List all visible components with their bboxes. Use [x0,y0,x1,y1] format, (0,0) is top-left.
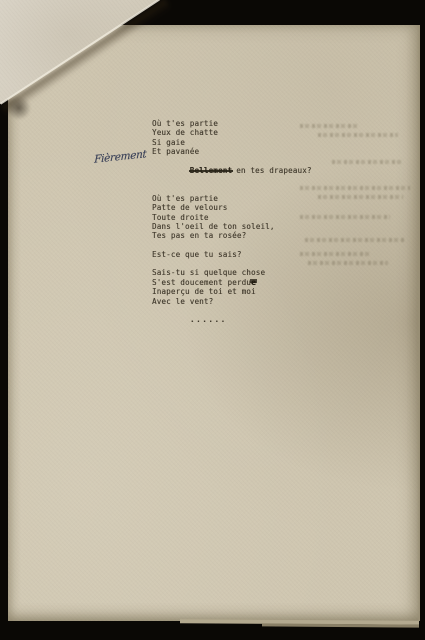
poem-line-text: S'est doucement perdu [152,278,251,287]
bleed-through-smudge [332,160,402,164]
struck-word: Bellement [190,166,232,175]
poem-line: Où t'es partie [152,194,332,203]
poem-line-overstruck: S'est doucement perdue [152,278,332,287]
poem-line-rest: en tes drapeaux? [236,166,311,175]
stanza-3: Sais-tu si quelque chose S'est doucement… [152,268,332,306]
poem-line: Tes pas en ta rosée? [152,231,332,240]
poem-line: Est-ce que tu sais? [152,250,332,259]
poem-line: Où t'es partie [152,119,332,128]
poem-line: Avec le vent? [152,297,332,306]
poem-line-corrected: FièrementBellementen tes drapeaux? [152,157,332,185]
poem-line: Toute droite [152,213,332,222]
refrain: Est-ce que tu sais? [152,250,332,259]
under-sheet-edge [262,623,419,627]
typed-ellipsis: ...... [152,315,332,324]
poem-line: Dans l'oeil de ton soleil, [152,222,332,231]
scanned-photograph: { "page": { "paper_color": "#cfc6b0", "b… [0,0,425,640]
poem-line: Inaperçu de toi et moi [152,287,332,296]
poem-line: Patte de velours [152,203,332,212]
typed-poem: Où t'es partie Yeux de chatte Si gaie Et… [152,119,332,324]
manuscript-page: Où t'es partie Yeux de chatte Si gaie Et… [8,25,420,621]
poem-line: Si gaie [152,138,332,147]
overstruck-character: e [251,278,256,287]
stanza-2: Où t'es partie Patte de velours Toute dr… [152,194,332,241]
stanza-1: Où t'es partie Yeux de chatte Si gaie Et… [152,119,332,185]
poem-line: Et pavanée [152,147,332,156]
poem-line: Sais-tu si quelque chose [152,268,332,277]
page-right-edge [417,25,420,621]
poem-line: Yeux de chatte [152,128,332,137]
handwritten-correction: Fièrement [94,150,147,165]
